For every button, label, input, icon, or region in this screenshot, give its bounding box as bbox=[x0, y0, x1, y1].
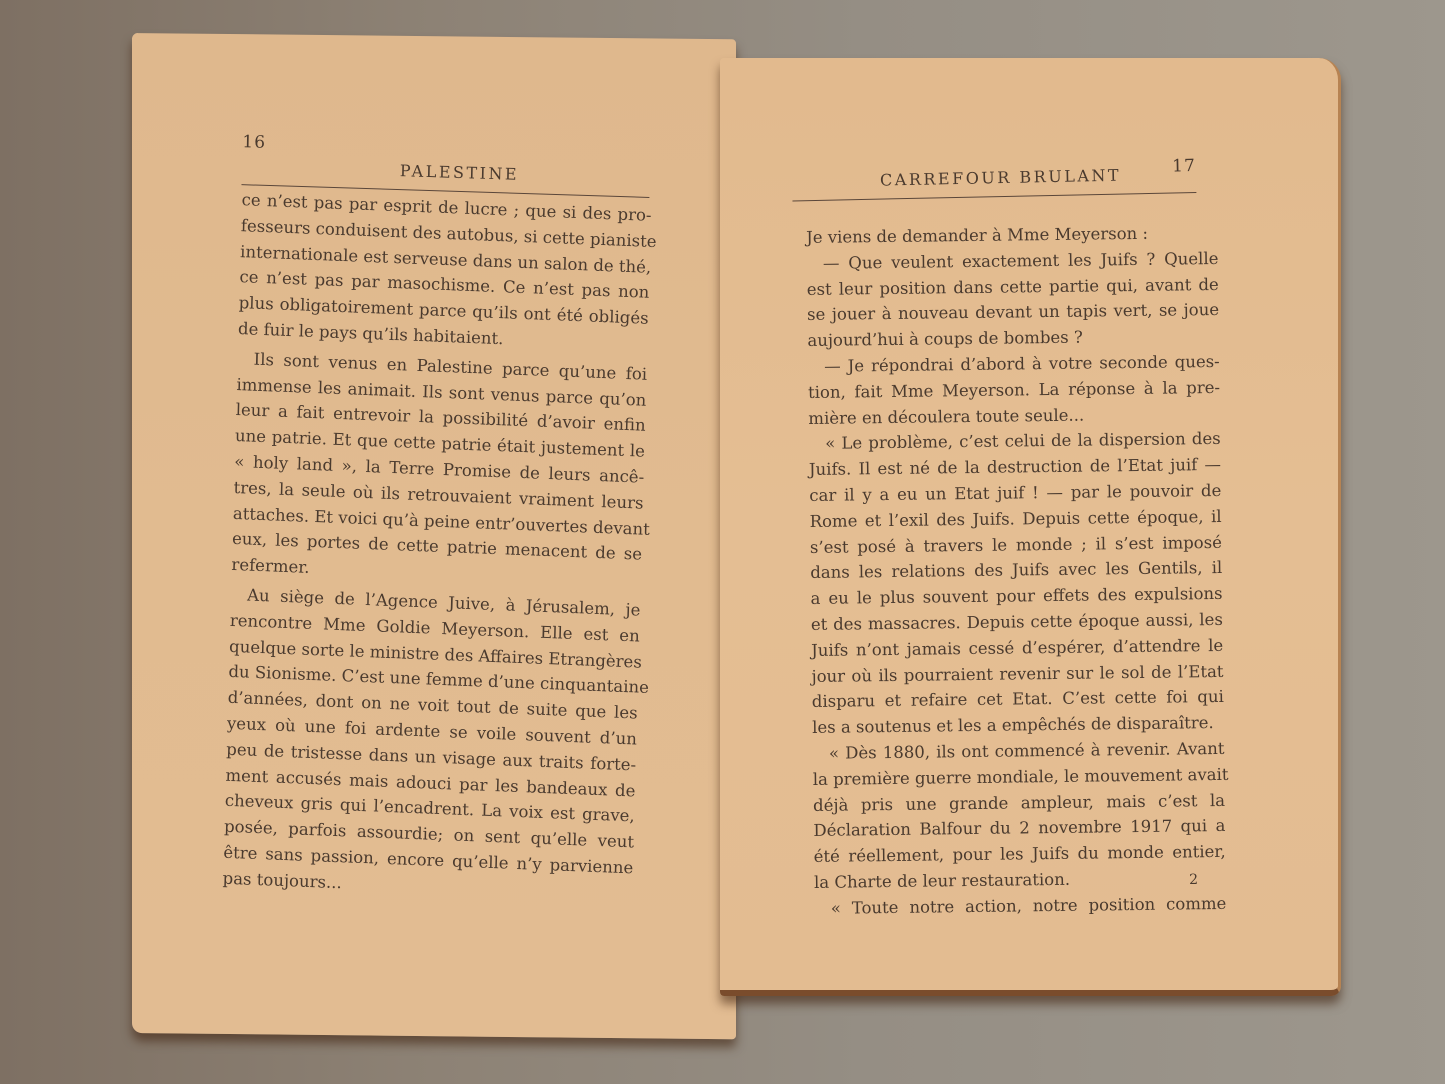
text-line: tion, fait Mme Meyerson. La réponse à la… bbox=[808, 375, 1220, 406]
signature-mark: 2 bbox=[1189, 872, 1198, 888]
text-line: été réellement, pour les Juifs du monde … bbox=[814, 839, 1226, 870]
right-page: CARREFOUR BRULANT 17 Je viens de demande… bbox=[720, 58, 1341, 996]
text-line: « Toute notre action, notre position com… bbox=[814, 891, 1226, 922]
right-running-head: CARREFOUR BRULANT 17 bbox=[792, 156, 1197, 201]
left-body-text: ce n’est pas par esprit de lucre ; que s… bbox=[222, 187, 652, 907]
left-running-head: 16 PALESTINE bbox=[241, 134, 650, 198]
running-title: PALESTINE bbox=[400, 161, 520, 184]
left-page: 16 PALESTINE ce n’est pas par esprit de … bbox=[132, 33, 736, 1039]
text-line: se jouer à nouveau devant un tapis vert,… bbox=[807, 297, 1219, 328]
right-body-text: Je viens de demander à Mme Meyerson : — … bbox=[806, 220, 1226, 921]
running-title: CARREFOUR BRULANT bbox=[880, 166, 1121, 190]
page-number: 16 bbox=[242, 132, 266, 153]
page-number: 17 bbox=[1172, 156, 1196, 176]
